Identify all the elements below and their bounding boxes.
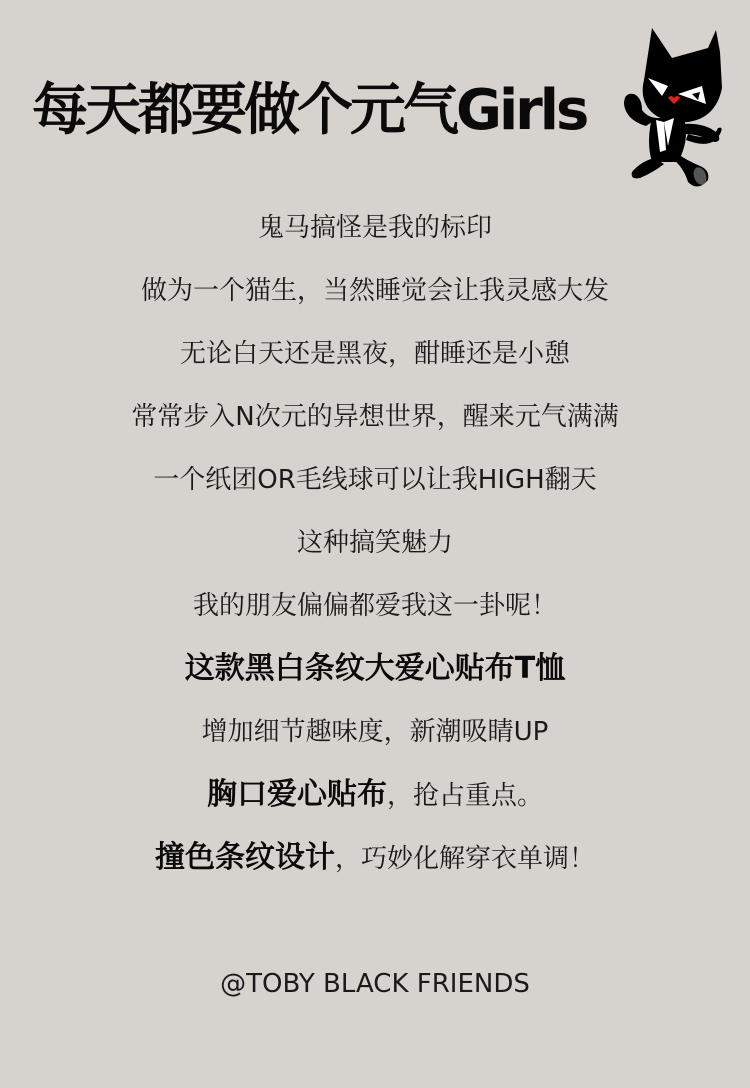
black-cat-mascot-icon — [612, 22, 730, 190]
text-line: 增加细节趣味度，新潮吸睛UP — [0, 708, 750, 771]
text-line: 我的朋友偏偏都爱我这一卦呢！ — [0, 582, 750, 645]
page-title: 每天都要做个元气Girls — [32, 72, 586, 150]
text-line: 无论白天还是黑夜，酣睡还是小憩 — [0, 330, 750, 393]
product-headline: 这款黑白条纹大爱心贴布T恤 — [0, 645, 750, 708]
text-line: 鬼马搞怪是我的标印 — [0, 204, 750, 267]
feature-description: ，抢占重点。 — [387, 781, 543, 811]
feature-highlight: 撞色条纹设计 — [155, 840, 335, 875]
feature-line-heart-patch: 胸口爱心贴布，抢占重点。 — [0, 771, 750, 834]
text-line: 常常步入N次元的异想世界，醒来元气满满 — [0, 393, 750, 456]
feature-line-stripes: 撞色条纹设计，巧妙化解穿衣单调！ — [0, 834, 750, 897]
brand-credit: @TOBY BLACK FRIENDS — [0, 962, 750, 1006]
text-line: 做为一个猫生，当然睡觉会让我灵感大发 — [0, 267, 750, 330]
feature-highlight: 胸口爱心贴布 — [207, 777, 387, 812]
feature-description: ，巧妙化解穿衣单调！ — [335, 844, 595, 874]
text-line: 一个纸团OR毛线球可以让我HIGH翻天 — [0, 456, 750, 519]
description-text: 鬼马搞怪是我的标印 做为一个猫生，当然睡觉会让我灵感大发 无论白天还是黑夜，酣睡… — [0, 204, 750, 897]
text-line: 这种搞笑魅力 — [0, 519, 750, 582]
